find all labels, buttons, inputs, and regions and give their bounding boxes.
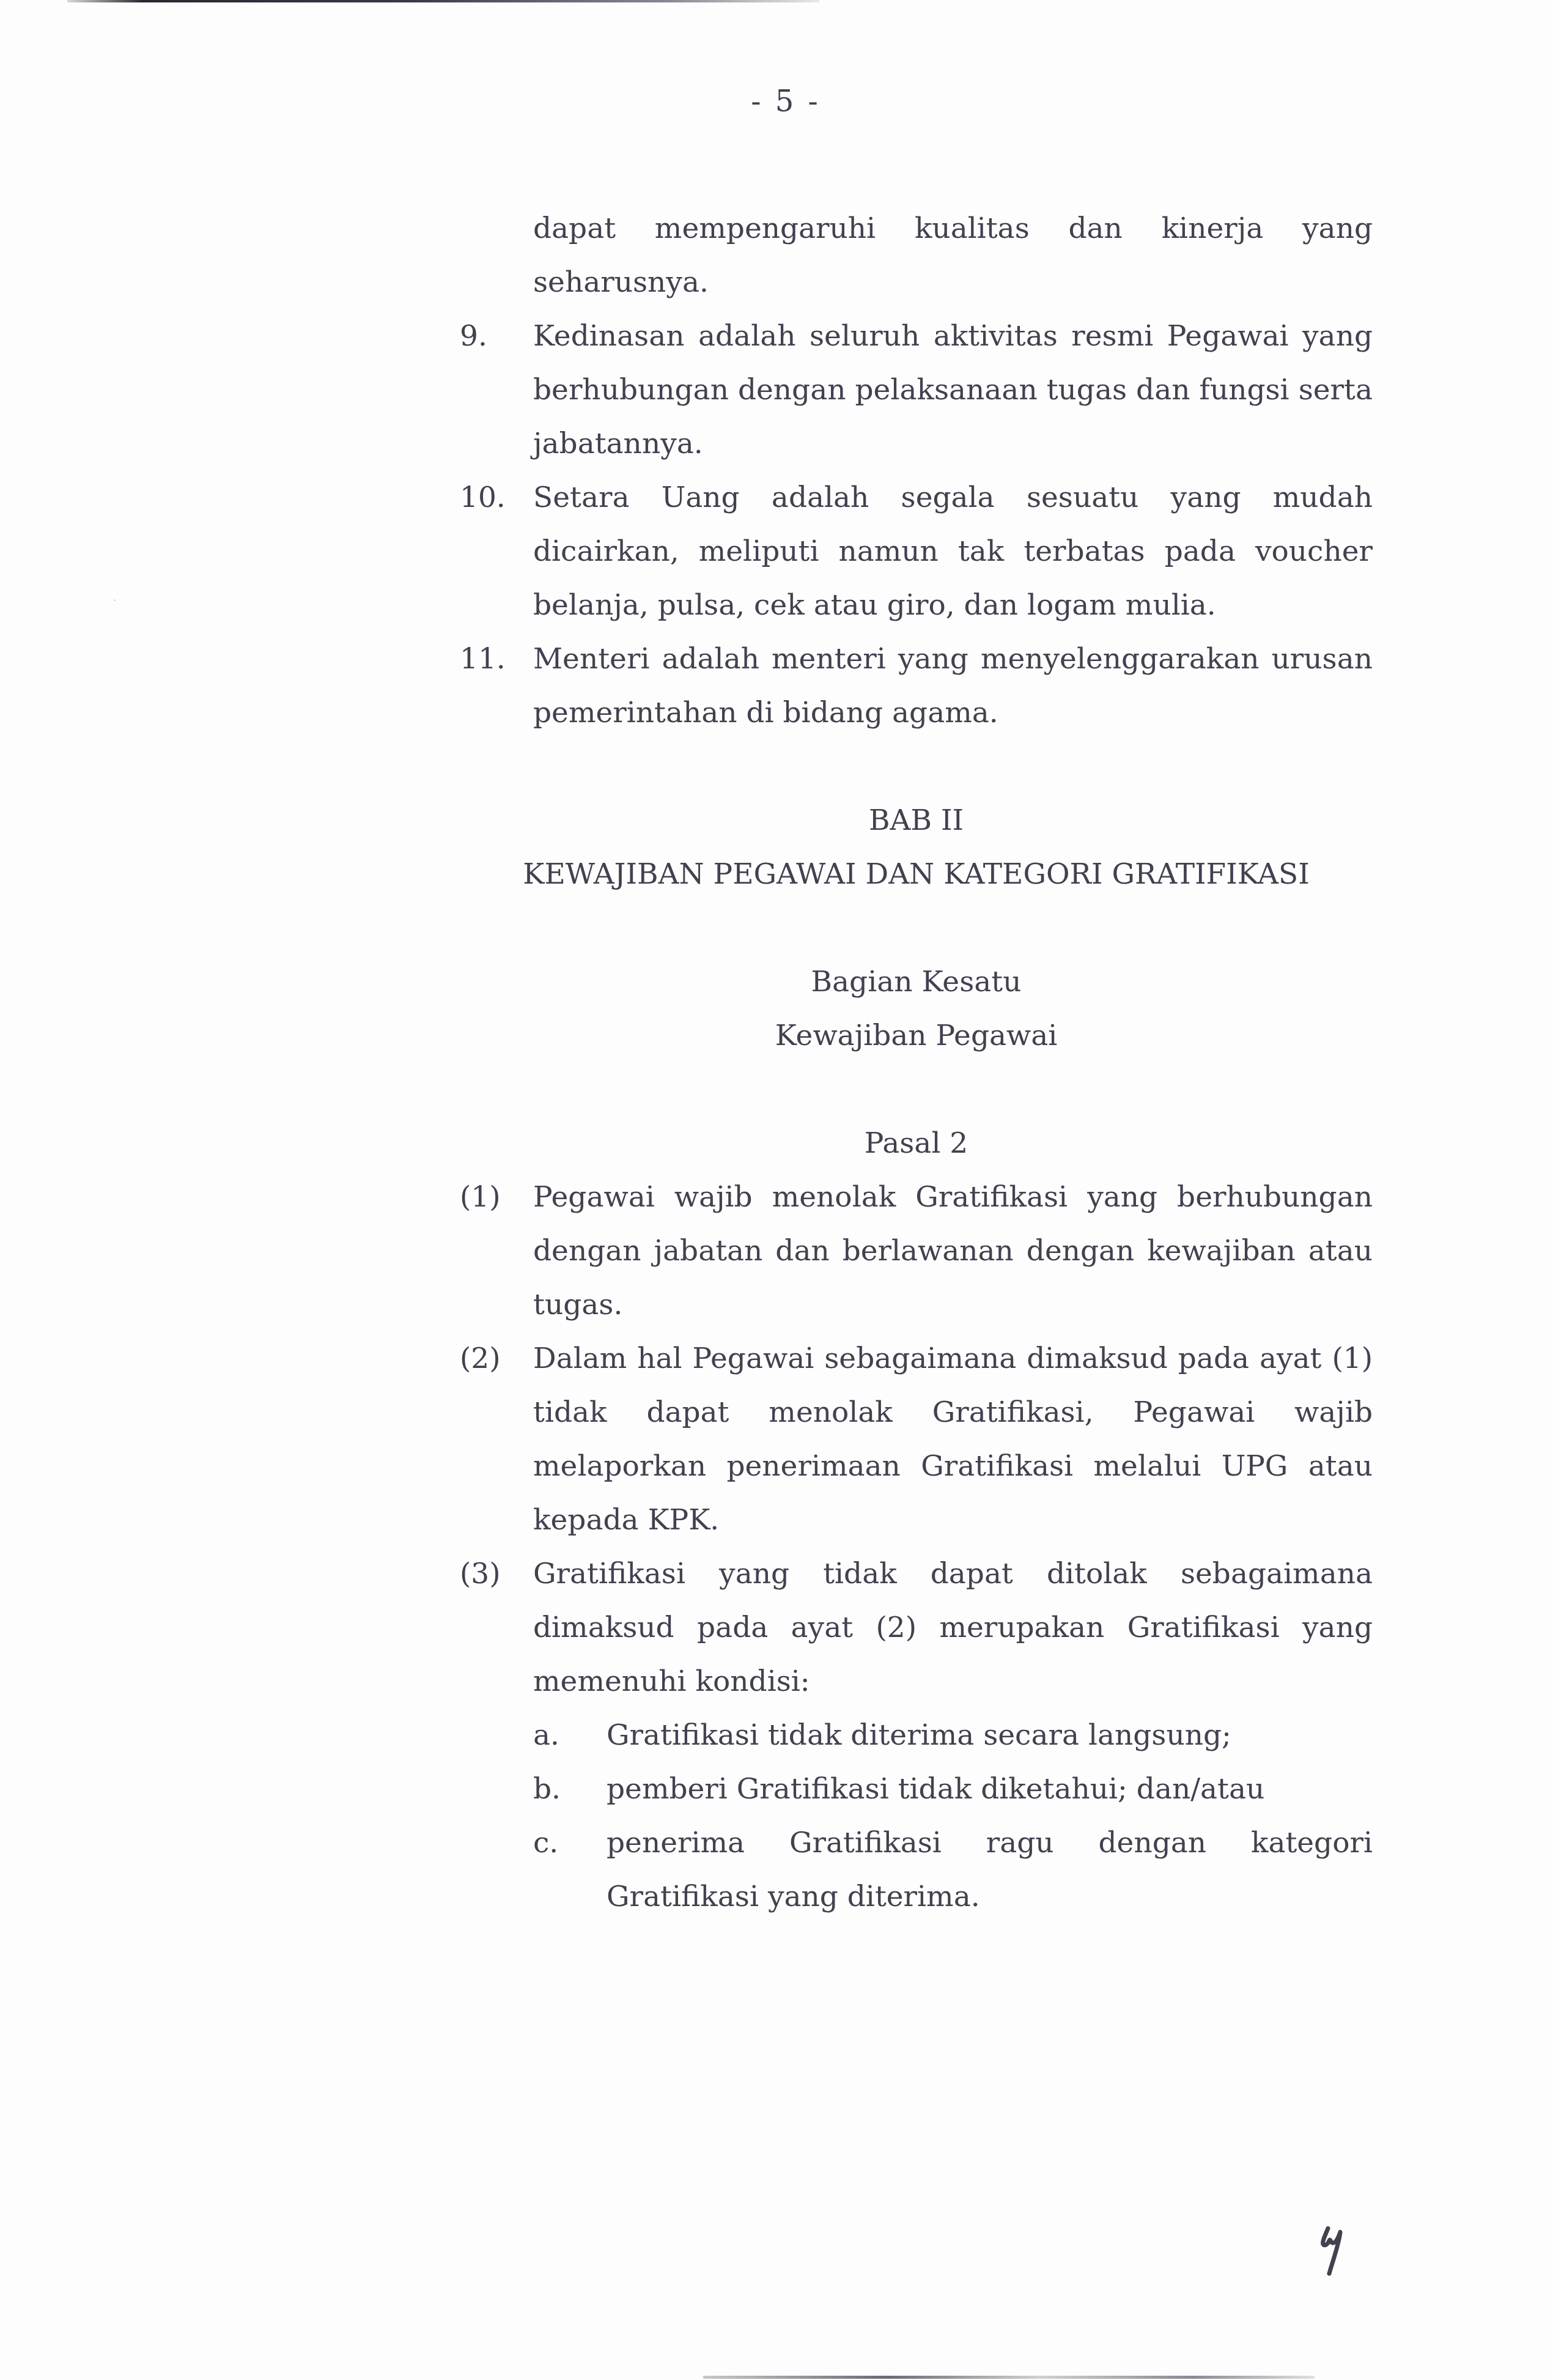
condition-text: Gratifikasi tidak diterima secara langsu… — [607, 1709, 1373, 1762]
scan-edge-top — [67, 0, 819, 2]
definition-text: Setara Uang adalah segala sesuatu yang m… — [533, 471, 1373, 632]
article-label: Pasal 2 — [460, 1117, 1373, 1170]
scan-speck — [114, 599, 116, 601]
definition-number: 11. — [460, 632, 533, 686]
condition-item: c. penerima Gratifikasi ragu dengan kate… — [533, 1816, 1373, 1924]
condition-letter: c. — [533, 1816, 607, 1924]
definition-item: 11. Menteri adalah menteri yang menyelen… — [460, 632, 1373, 740]
condition-item: b. pemberi Gratifikasi tidak diketahui; … — [533, 1762, 1373, 1816]
definition-number: 10. — [460, 471, 533, 525]
definition-item: 10. Setara Uang adalah segala sesuatu ya… — [460, 471, 1373, 632]
clause-item: (3) Gratifikasi yang tidak dapat ditolak… — [460, 1547, 1373, 1709]
definition-number: 9. — [460, 309, 533, 363]
condition-item: a. Gratifikasi tidak diterima secara lan… — [533, 1709, 1373, 1762]
definition-item: 9. Kedinasan adalah seluruh aktivitas re… — [460, 309, 1373, 471]
chapter-title: KEWAJIBAN PEGAWAI DAN KATEGORI GRATIFIKA… — [460, 848, 1373, 901]
page-number: - 5 - — [0, 84, 1553, 119]
chapter-label: BAB II — [460, 794, 1373, 848]
condition-letter: b. — [533, 1762, 607, 1816]
handwritten-initial-icon — [1319, 2226, 1356, 2281]
definitions-list: 9. Kedinasan adalah seluruh aktivitas re… — [460, 309, 1373, 740]
document-body: dapat mempengaruhi kualitas dan kinerja … — [460, 202, 1373, 1924]
definition-text: Menteri adalah menteri yang menyelenggar… — [533, 632, 1373, 740]
section-title: Kewajiban Pegawai — [460, 1009, 1373, 1063]
condition-letter: a. — [533, 1709, 607, 1762]
clause-number: (2) — [460, 1332, 533, 1386]
clause-item: (1) Pegawai wajib menolak Gratifikasi ya… — [460, 1170, 1373, 1332]
condition-text: pemberi Gratifikasi tidak diketahui; dan… — [607, 1762, 1373, 1816]
clause-text: Pegawai wajib menolak Gratifikasi yang b… — [533, 1170, 1373, 1332]
clause-number: (1) — [460, 1170, 533, 1224]
scan-edge-bottom — [703, 2376, 1315, 2379]
continuation-paragraph: dapat mempengaruhi kualitas dan kinerja … — [533, 202, 1373, 309]
section-label: Bagian Kesatu — [460, 955, 1373, 1009]
article-clauses: (1) Pegawai wajib menolak Gratifikasi ya… — [460, 1170, 1373, 1924]
definition-text: Kedinasan adalah seluruh aktivitas resmi… — [533, 309, 1373, 471]
clause-text: Dalam hal Pegawai sebagaimana dimaksud p… — [533, 1332, 1373, 1547]
clause-text: Gratifikasi yang tidak dapat ditolak seb… — [533, 1547, 1373, 1709]
clause-number: (3) — [460, 1547, 533, 1601]
condition-text: penerima Gratifikasi ragu dengan kategor… — [607, 1816, 1373, 1924]
clause-item: (2) Dalam hal Pegawai sebagaimana dimaks… — [460, 1332, 1373, 1547]
